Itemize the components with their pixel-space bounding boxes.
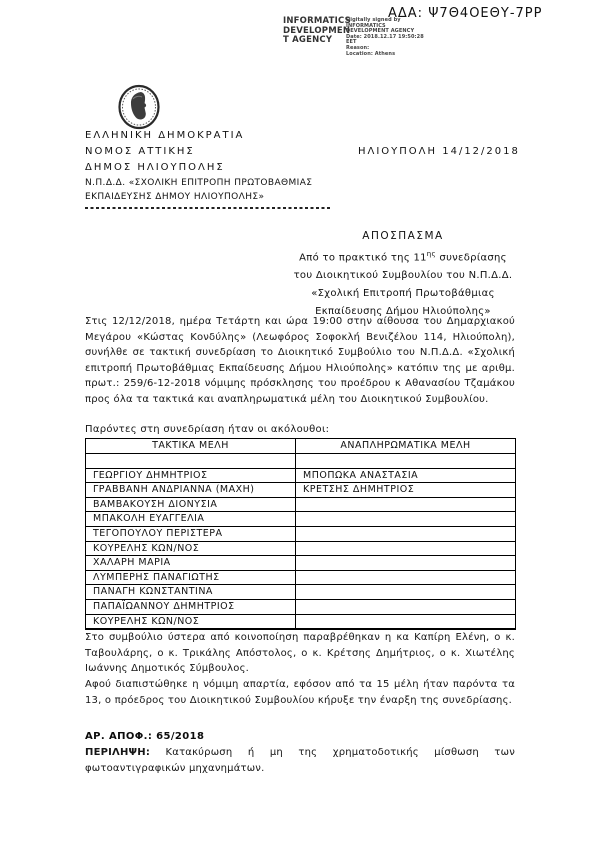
issuer-line-republic: ΕΛΛΗΝΙΚΗ ΔΗΜΟΚΡΑΤΙΑ: [85, 128, 345, 144]
document-page: ΑΔΑ: Ψ7Θ4ΟΕΘΥ-7ΡΡ INFORMATICSDEVELOPMENT…: [0, 0, 595, 842]
excerpt-board-line: του Διοικητικού Συμβουλίου του Ν.Π.Δ.Δ.: [287, 267, 519, 285]
dashed-divider: [85, 207, 332, 209]
stamp-signature-details: Digitally signed byINFORMATICSDEVELOPMEN…: [346, 17, 424, 57]
member-row: ΓΡΑΒΒΑΝΗ ΑΝΔΡΙΑΝΝΑ (ΜΑΧΗ) ΚΡΕΤΣΗΣ ΔΗΜΗΤΡ…: [86, 483, 516, 498]
stamp-signature-line: Date: 2018.12.17 19:50:28: [346, 35, 424, 41]
member-row: ΧΑΛΑΡΗ ΜΑΡΙΑ: [86, 556, 516, 571]
summary-text: Κατακύρωση ή μη της χρηματοδοτικής μίσθω…: [166, 747, 515, 758]
regular-member-cell: ΧΑΛΑΡΗ ΜΑΡΙΑ: [86, 556, 296, 571]
decision-summary-line-1: ΠΕΡΙΛΗΨΗ: Κατακύρωση ή μη της χρηματοδοτ…: [85, 745, 515, 761]
paragraph-line: πρωτ.: 259/6-12-2018 νόμιμης πρόσκλησης …: [85, 376, 515, 392]
members-table: ΤΑΚΤΙΚΑ ΜΕΛΗ ΑΝΑΠΛΗΡΩΜΑΤΙΚΑ ΜΕΛΗ ΓΕΩΡΓΙΟ…: [85, 438, 516, 630]
regular-member-cell: [86, 454, 296, 469]
alternate-member-cell: [296, 512, 516, 527]
alternate-member-cell: [296, 526, 516, 541]
member-row: ΠΑΠΑΪΩΑΝΝΟΥ ΔΗΜΗΤΡΙΟΣ: [86, 599, 516, 614]
regular-member-cell: ΠΑΝΑΓΗ ΚΩΝΣΤΑΝΤΙΝΑ: [86, 585, 296, 600]
alternate-member-cell: [296, 570, 516, 585]
alternate-member-cell: [296, 585, 516, 600]
alternate-member-cell: ΜΠΟΠΩΚΑ ΑΝΑΣΤΑΣΙΑ: [296, 468, 516, 483]
regular-member-cell: ΚΟΥΡΕΛΗΣ ΚΩΝ/ΝΟΣ: [86, 541, 296, 556]
paragraph-line: προς όλα τα τακτικά και αναπληρωματικά μ…: [85, 392, 515, 408]
regular-members-header: ΤΑΚΤΙΚΑ ΜΕΛΗ: [86, 439, 296, 454]
hellenic-seal-icon: [117, 84, 161, 132]
intro-paragraph: Στις 12/12/2018, ημέρα Τετάρτη και ώρα 1…: [85, 314, 515, 407]
paragraph-line: Ταβουλάρης, ο κ. Τρικάλης Απόστολος, ο κ…: [85, 646, 515, 662]
alternate-member-cell: [296, 614, 516, 629]
regular-member-cell: ΛΥΜΠΕΡΗΣ ΠΑΝΑΓΙΩΤΗΣ: [86, 570, 296, 585]
issuer-line-entity-1: Ν.Π.Δ.Δ. «ΣΧΟΛΙΚΗ ΕΠΙΤΡΟΠΗ ΠΡΩΤΟΒΑΘΜΙΑΣ: [85, 176, 345, 190]
alternate-member-cell: [296, 497, 516, 512]
excerpt-session-pre: Από το πρακτικό της 11: [299, 252, 427, 263]
decision-number: ΑΡ. ΑΠΟΦ.: 65/2018: [85, 729, 515, 745]
regular-member-cell: ΜΠΑΚΟΛΗ ΕΥΑΓΓΕΛΙΑ: [86, 512, 296, 527]
alternate-member-cell: [296, 599, 516, 614]
stamp-agency-line: T AGENCY: [283, 36, 341, 46]
paragraph-line: Στις 12/12/2018, ημέρα Τετάρτη και ώρα 1…: [85, 314, 515, 330]
issuer-line-prefecture: ΝΟΜΟΣ ΑΤΤΙΚΗΣ: [85, 144, 345, 160]
member-row: ΓΕΩΡΓΙΟΥ ΔΗΜΗΤΡΙΟΣ ΜΠΟΠΩΚΑ ΑΝΑΣΤΑΣΙΑ: [86, 468, 516, 483]
issuer-line-entity-2: ΕΚΠΑΙΔΕΥΣΗΣ ΔΗΜΟΥ ΗΛΙΟΥΠΟΛΗΣ»: [85, 190, 345, 204]
member-row: ΤΕΓΟΠΟΥΛΟΥ ΠΕΡΙΣΤΕΡΑ: [86, 526, 516, 541]
decision-block: ΑΡ. ΑΠΟΦ.: 65/2018 ΠΕΡΙΛΗΨΗ: Κατακύρωση …: [85, 729, 515, 777]
place-date: ΗΛΙΟΥΠΟΛΗ 14/12/2018: [358, 146, 520, 157]
member-row: ΚΟΥΡΕΛΗΣ ΚΩΝ/ΝΟΣ: [86, 614, 516, 629]
excerpt-title: ΑΠΟΣΠΑΣΜΑ: [287, 227, 519, 245]
regular-member-cell: ΤΕΓΟΠΟΥΛΟΥ ΠΕΡΙΣΤΕΡΑ: [86, 526, 296, 541]
attendees-intro: Παρόντες στη συνεδρίαση ήταν οι ακόλουθο…: [85, 424, 329, 435]
member-row: ΚΟΥΡΕΛΗΣ ΚΩΝ/ΝΟΣ: [86, 541, 516, 556]
alternate-member-cell: ΚΡΕΤΣΗΣ ΔΗΜΗΤΡΙΟΣ: [296, 483, 516, 498]
excerpt-session-ordinal: ης: [427, 250, 436, 258]
paragraph-line: επιτροπή Πρωτοβάθμιας Εκπαίδευσης Δήμου …: [85, 361, 515, 377]
regular-member-cell: ΓΕΩΡΓΙΟΥ ΔΗΜΗΤΡΙΟΣ: [86, 468, 296, 483]
alternate-member-cell: [296, 454, 516, 469]
alternate-member-cell: [296, 541, 516, 556]
member-row: ΠΑΝΑΓΗ ΚΩΝΣΤΑΝΤΙΝΑ: [86, 585, 516, 600]
excerpt-session-post: συνεδρίασης: [436, 252, 507, 263]
issuer-block: ΕΛΛΗΝΙΚΗ ΔΗΜΟΚΡΑΤΙΑ ΝΟΜΟΣ ΑΤΤΙΚΗΣ ΔΗΜΟΣ …: [85, 128, 345, 204]
paragraph-line: Μεγάρου «Κώστας Κονδύλης» (Λεωφόρος Σοφο…: [85, 330, 515, 346]
paragraph-line: Στο συμβούλιο ύστερα από κοινοποίηση παρ…: [85, 630, 515, 646]
stamp-signature-line: Location: Athens: [346, 52, 424, 58]
regular-member-cell: ΚΟΥΡΕΛΗΣ ΚΩΝ/ΝΟΣ: [86, 614, 296, 629]
regular-member-cell: ΠΑΠΑΪΩΑΝΝΟΥ ΔΗΜΗΤΡΙΟΣ: [86, 599, 296, 614]
stamp-agency-name: INFORMATICSDEVELOPMENT AGENCY: [283, 17, 341, 46]
decision-summary-line-2: φωτοαντιγραφικών μηχανημάτων.: [85, 761, 515, 777]
issuer-line-municipality: ΔΗΜΟΣ ΗΛΙΟΥΠΟΛΗΣ: [85, 160, 345, 176]
paragraph-line: συνήλθε σε τακτική συνεδρίαση το Διοικητ…: [85, 345, 515, 361]
member-row: ΒΑΜΒΑΚΟΥΣΗ ΔΙΟΝΥΣΙΑ: [86, 497, 516, 512]
member-row: ΛΥΜΠΕΡΗΣ ΠΑΝΑΓΙΩΤΗΣ: [86, 570, 516, 585]
paragraph-line: Αφού διαπιστώθηκε η νόμιμη απαρτία, εφόσ…: [85, 677, 515, 693]
excerpt-committee-line-1: «Σχολική Επιτροπή Πρωτοβάθμιας: [287, 285, 519, 303]
paragraph-line: 13, ο πρόεδρος του Διοικητικού Συμβουλίο…: [85, 693, 515, 709]
member-row: ΜΠΑΚΟΛΗ ΕΥΑΓΓΕΛΙΑ: [86, 512, 516, 527]
members-header-row: ΤΑΚΤΙΚΑ ΜΕΛΗ ΑΝΑΠΛΗΡΩΜΑΤΙΚΑ ΜΕΛΗ: [86, 439, 516, 454]
digital-signature-stamp: INFORMATICSDEVELOPMENT AGENCY Digitally …: [283, 17, 424, 57]
alternate-members-header: ΑΝΑΠΛΗΡΩΜΑΤΙΚΑ ΜΕΛΗ: [296, 439, 516, 454]
excerpt-session-line: Από το πρακτικό της 11ης συνεδρίασης: [287, 245, 519, 267]
summary-label: ΠΕΡΙΛΗΨΗ:: [85, 747, 150, 758]
regular-member-cell: ΒΑΜΒΑΚΟΥΣΗ ΔΙΟΝΥΣΙΑ: [86, 497, 296, 512]
regular-member-cell: ΓΡΑΒΒΑΝΗ ΑΝΔΡΙΑΝΝΑ (ΜΑΧΗ): [86, 483, 296, 498]
member-row: [86, 454, 516, 469]
also-present-paragraph: Στο συμβούλιο ύστερα από κοινοποίηση παρ…: [85, 630, 515, 677]
quorum-paragraph: Αφού διαπιστώθηκε η νόμιμη απαρτία, εφόσ…: [85, 677, 515, 708]
alternate-member-cell: [296, 556, 516, 571]
excerpt-block: ΑΠΟΣΠΑΣΜΑ Από το πρακτικό της 11ης συνεδ…: [287, 227, 519, 321]
paragraph-line: Ιωάννης Δημοτικός Σύμβουλος.: [85, 661, 515, 677]
